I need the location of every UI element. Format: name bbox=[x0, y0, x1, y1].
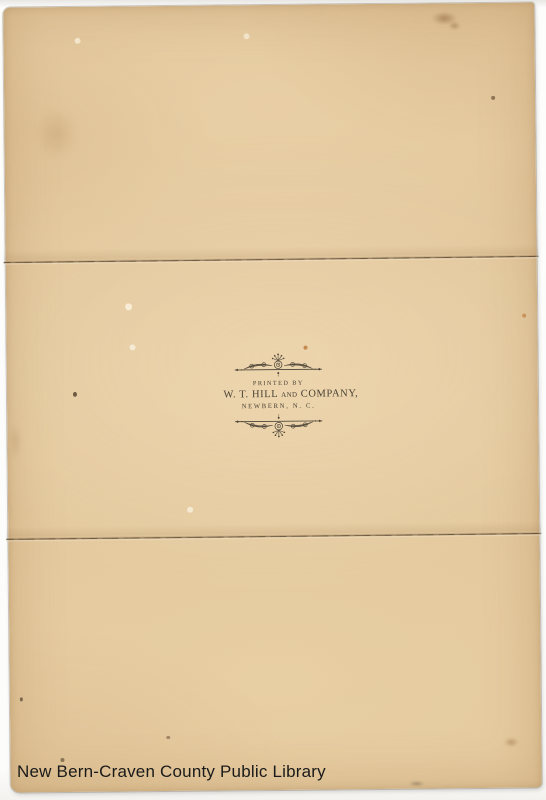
imprint-printed-by: PRINTED BY bbox=[223, 379, 333, 387]
paper-speck bbox=[491, 96, 495, 100]
foxing-spot bbox=[427, 9, 461, 27]
foxing-spot bbox=[501, 736, 521, 749]
stain-smudge bbox=[407, 781, 427, 787]
imprint-city-line: NEWBERN, N. C. bbox=[224, 402, 334, 410]
imprint-company-and: AND bbox=[281, 391, 297, 399]
stain-smudge bbox=[25, 97, 88, 172]
flourish-ornament-bottom-icon bbox=[230, 412, 327, 439]
fold-crease-top bbox=[4, 254, 539, 265]
stain-smudge bbox=[7, 415, 23, 467]
foxing-spot bbox=[446, 20, 462, 31]
paper-speck bbox=[166, 736, 170, 739]
printer-imprint: PRINTED BY W. T. HILL AND COMPANY, NEWBE… bbox=[223, 351, 334, 439]
rust-speck bbox=[304, 346, 308, 350]
paper-sheet: PRINTED BY W. T. HILL AND COMPANY, NEWBE… bbox=[3, 2, 542, 792]
imprint-company-line: W. T. HILL AND COMPANY, bbox=[223, 388, 333, 400]
imprint-company-suffix: COMPANY, bbox=[301, 388, 359, 400]
white-fleck bbox=[129, 344, 135, 350]
rust-speck bbox=[522, 314, 526, 318]
fold-crease-bottom bbox=[6, 531, 541, 542]
paper-speck bbox=[73, 392, 77, 397]
white-fleck bbox=[125, 303, 132, 310]
white-fleck bbox=[244, 33, 250, 39]
flourish-ornament-top-icon bbox=[230, 351, 327, 378]
white-fleck bbox=[75, 38, 81, 44]
scanned-page-background: PRINTED BY W. T. HILL AND COMPANY, NEWBE… bbox=[0, 0, 546, 800]
paper-speck bbox=[20, 697, 23, 701]
imprint-company-name: W. T. HILL bbox=[223, 389, 278, 401]
library-caption: New Bern-Craven County Public Library bbox=[17, 762, 326, 782]
white-fleck bbox=[187, 507, 193, 513]
